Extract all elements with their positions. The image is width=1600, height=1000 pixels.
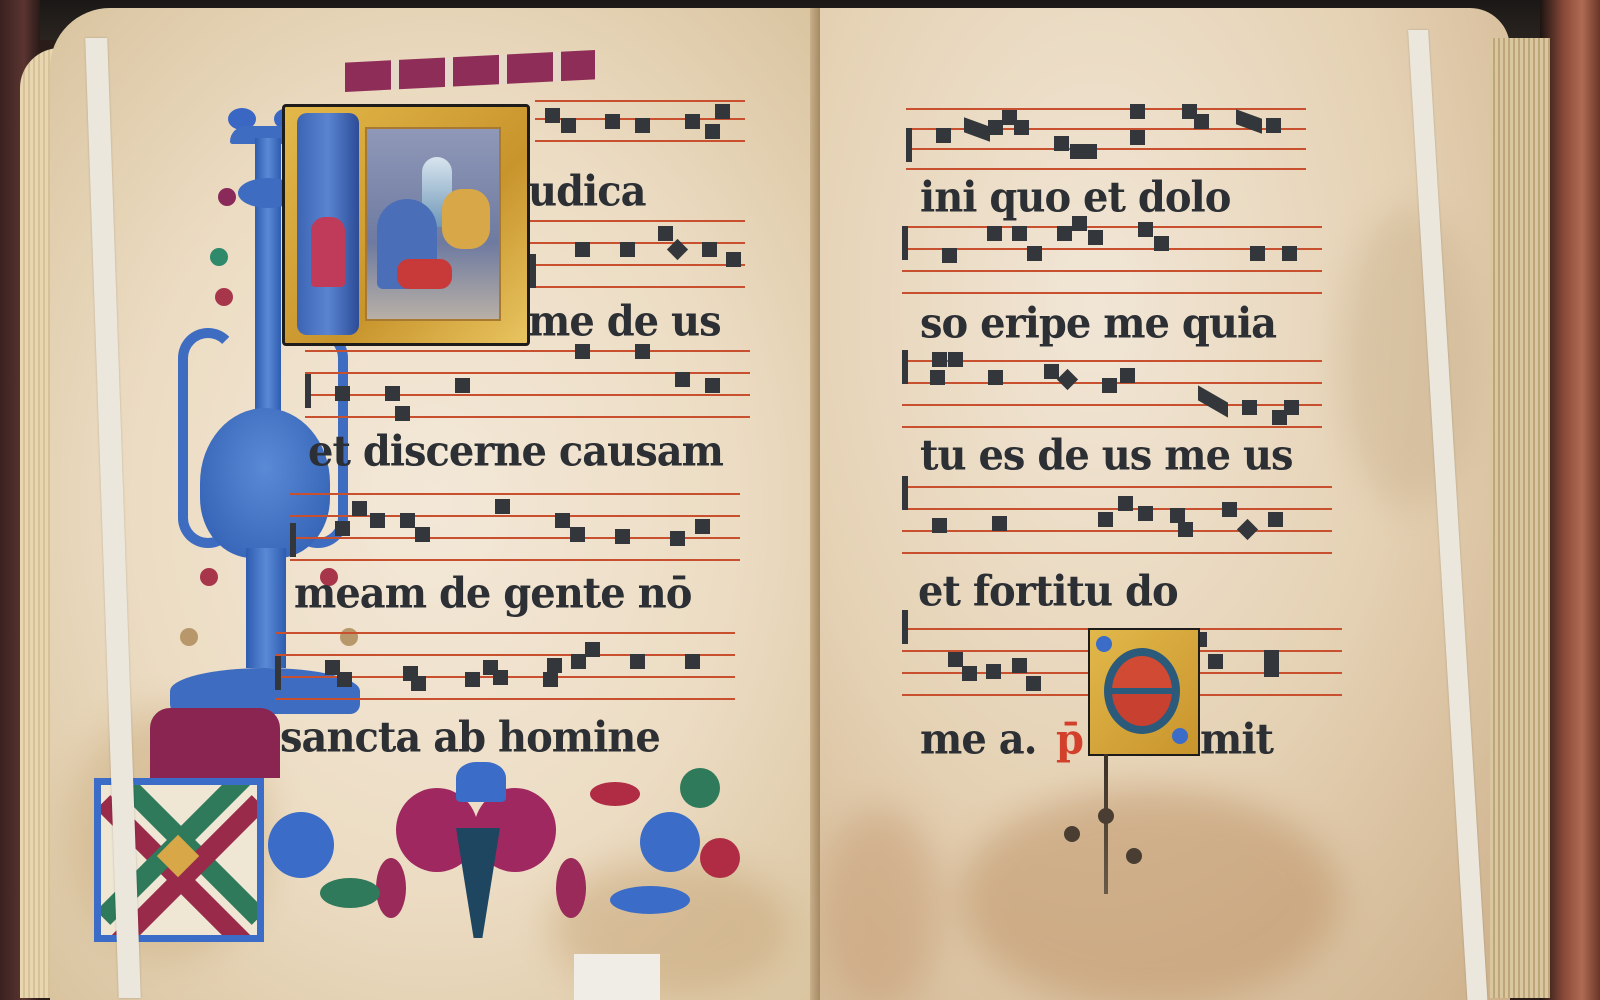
flower-icon — [218, 188, 236, 206]
open-choir-book: udica me de us et discerne causam meam d… — [20, 8, 1580, 1000]
stain — [820, 808, 940, 1000]
crimson-scroll — [376, 858, 406, 918]
blue-leaf — [610, 886, 690, 914]
letter-e-bar — [1110, 688, 1174, 694]
floral-border — [260, 768, 770, 948]
red-bird — [590, 782, 640, 806]
music-staff — [530, 220, 745, 290]
lyric-line: meam de gente nō — [294, 569, 691, 618]
stain — [1340, 208, 1480, 508]
lyric-line: mit — [1200, 715, 1273, 764]
music-staff — [902, 226, 1322, 296]
music-staff — [275, 632, 735, 702]
blue-roundel — [1172, 728, 1188, 744]
music-staff — [906, 108, 1306, 178]
blue-flower-icon — [640, 812, 700, 872]
blue-flower-icon — [268, 812, 334, 878]
lyric-line: me a. — [920, 715, 1037, 764]
central-urn — [456, 828, 500, 938]
standing-figure — [442, 189, 490, 249]
lyric-line: tu es de us me us — [920, 431, 1293, 480]
crenellated-border — [345, 50, 595, 92]
green-leaf — [320, 878, 380, 908]
initial-miniature-scene — [365, 127, 501, 321]
green-leaf — [680, 768, 720, 808]
blue-plume — [456, 762, 506, 802]
flower-icon — [200, 568, 218, 586]
lyric-line: et fortitu do — [918, 567, 1178, 616]
right-page-edges — [1490, 38, 1550, 998]
red-robe — [397, 259, 452, 289]
right-page: ini quo et dolo so eripe me quia tu es d… — [820, 8, 1510, 1000]
illuminated-initial-e — [1088, 628, 1200, 756]
historiated-initial — [282, 104, 530, 346]
flourish-dot — [1126, 848, 1142, 864]
music-staff — [305, 350, 750, 420]
flourish-dot — [1064, 826, 1080, 842]
flower-icon — [215, 288, 233, 306]
rubric-marker: p̄ — [1056, 715, 1083, 764]
lyric-line: et discerne causam — [308, 427, 723, 476]
angel-figure — [311, 217, 345, 287]
lyric-line: udica — [528, 167, 646, 216]
music-staff — [902, 360, 1322, 430]
lyric-line: sancta ab homine — [280, 713, 660, 762]
pendant-flourish — [1104, 754, 1108, 894]
crimson-scroll — [556, 858, 586, 918]
left-page: udica me de us et discerne causam meam d… — [50, 8, 820, 1000]
leaf-icon — [210, 248, 228, 266]
flourish-dot — [1098, 808, 1114, 824]
music-staff — [902, 486, 1332, 556]
lyric-line: so eripe me quia — [920, 299, 1276, 348]
paper-tab — [574, 954, 660, 1000]
stain — [960, 788, 1340, 1000]
red-flower — [700, 838, 740, 878]
blue-roundel — [1096, 636, 1112, 652]
lyric-line: me de us — [528, 297, 721, 346]
lyric-line: ini quo et dolo — [920, 173, 1230, 222]
gold-rosette-icon — [180, 628, 198, 646]
music-staff — [535, 100, 745, 170]
music-staff — [290, 493, 740, 563]
